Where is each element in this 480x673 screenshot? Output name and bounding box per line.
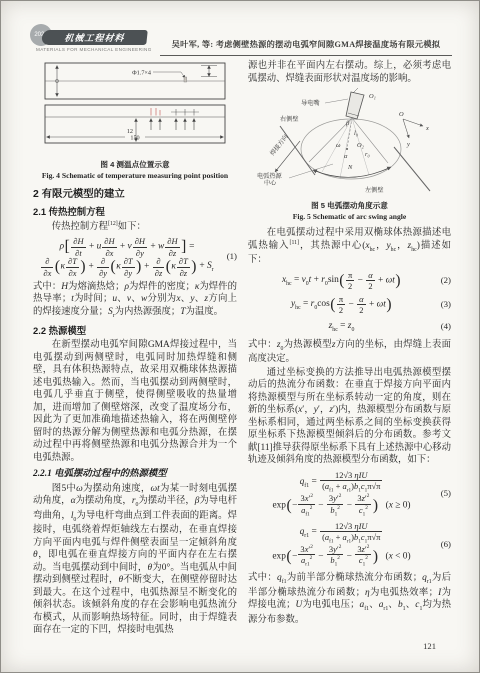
journal-page: 2024 机械工程材料 MATERIALS FOR MECHANICAL ENG…: [0, 0, 480, 673]
fig5-alpha-label: α: [344, 153, 348, 160]
eq1-note-text: 式中：H为熔滴热焓；ρ为焊件的密度；κ为焊件的热导率；t为时间；u、v、w分别为…: [33, 281, 237, 321]
equation-2: (2) xhc = v0t + r0sin(π2 − α2 + ωt): [248, 271, 451, 291]
equation-5-number: (5): [441, 488, 451, 500]
journal-name-en: MATERIALS FOR MECHANICAL ENGINEERING: [36, 47, 152, 52]
equation-2-number: (2): [441, 275, 451, 287]
fig4-length-label: 150: [130, 135, 139, 142]
fig5-l0-label: l₀: [354, 130, 358, 137]
fig4-caption-cn: 图 4 测温点位置示意: [33, 160, 237, 170]
right-column: 源也并非在平面内左右摆动。综上，必须考虑电弧摆动、焊缝表面形状对温度场的影响。 …: [248, 60, 451, 638]
eq56-note-text: 式中：qf1为前半部分椭球热流分布函数；qr1为后半部分椭球热流分布函数；η为电…: [248, 572, 451, 626]
figure-5: O₁ 导电嘴 右侧壁 左侧壁 焊接: [248, 86, 451, 222]
equation-1-number: (1): [227, 251, 237, 263]
fig5-omega-label: ω: [336, 142, 341, 149]
fig5-y-axis-label: y: [406, 141, 410, 148]
figure-4: Φ1.7×4: [33, 60, 237, 181]
fig5-right-wall-label: 右侧壁: [280, 115, 299, 123]
running-head-rule: 吴叶军, 等: 考虑侧壁热源的摆动电弧窄间隙GMA焊接温度场有限元模拟: [160, 34, 452, 56]
fig5-arc-center-label-2: 中心: [264, 179, 277, 187]
equation-5: (5) qf1 = 12√3 ηIU(af1 + ar1)b1c1π√πexp(…: [248, 471, 451, 518]
fig5-weld-direction-label: 焊接方向: [268, 133, 290, 157]
section-2-2-1-heading: 2.2.1 电弧摆动过程中的热源模型: [33, 468, 237, 481]
section-2-1-heading: 2.1 传热控制方程: [33, 206, 237, 219]
fig5-o2-label: O₂: [357, 142, 365, 149]
content-columns: Φ1.7×4: [33, 60, 451, 638]
section-2-2-paragraph: 在新型摆动电弧窄间隙GMA焊接过程中，当电弧摆动到两侧壁时，电弧同时加热焊缝和侧…: [33, 339, 237, 464]
equation-1: (1) ρ[∂H∂t + u∂H∂x + v∂H∂y + w∂H∂z] =∂∂x…: [33, 237, 237, 277]
equation-6-number: (6): [441, 539, 451, 551]
fig5-left-wall-label: 左侧壁: [365, 186, 384, 194]
continuation-paragraph: 源也并非在平面内左右摆动。综上，必须考虑电弧摆动、焊缝表面形状对温度场的影响。: [248, 60, 451, 85]
fig5-n-label: N: [347, 164, 353, 171]
section-2-2-1-paragraph: 图5中ω为摆动角速度，ωt为某一时刻电弧摆动角度，α为摆动角度，r0为摆动半径，…: [33, 483, 237, 637]
section-2-2-heading: 2.2 热源模型: [33, 325, 237, 338]
fig5-contact-tip-label: 导电嘴: [301, 99, 320, 107]
page-number: 121: [423, 641, 436, 651]
page-header: 2024 机械工程材料 MATERIALS FOR MECHANICAL ENG…: [30, 26, 452, 60]
running-title: 吴叶军, 等: 考虑侧壁热源的摆动电弧窄间隙GMA焊接温度场有限元模拟: [172, 40, 441, 49]
journal-name-cn: 机械工程材料: [64, 31, 125, 44]
section-2-heading: 2 有限元模型的建立: [33, 188, 237, 202]
fig4-hole-dim-label: Φ1.7×4: [132, 70, 151, 77]
left-column: Φ1.7×4: [33, 60, 237, 638]
fig5-x-axis-label: x: [425, 125, 429, 132]
journal-name-banner: 机械工程材料: [41, 30, 148, 45]
eq1-intro-text: 传热控制方程[12]如下：: [33, 221, 237, 234]
fig5-r0-label: r₀: [365, 151, 370, 158]
eq4-note-text: 式中：z0为热源模型z方向的坐标，由焊缝上表面高度决定。: [248, 339, 451, 366]
fig5-drawing: O₁ 导电嘴 右侧壁 左侧壁 焊接: [251, 86, 449, 198]
fig4-drawing: Φ1.7×4: [33, 60, 237, 157]
transform-paragraph: 通过坐标变换的方法推导出电弧热源模型摆动后的热流分布函数：在垂直于焊接方向平面内…: [248, 367, 451, 467]
equation-3: (3) yhc = r0cos(π2 − α2 + ωt): [248, 295, 451, 315]
equation-3-number: (3): [441, 299, 451, 311]
fig5-arc-center-label-1: 电弧热源: [257, 172, 283, 180]
fig5-o1-label: O₁: [369, 93, 376, 100]
fig5-caption-cn: 图 5 电弧摆动角度示意: [248, 201, 451, 211]
equation-6: (6) qr1 = 12√3 ηIU(af1 + ar1)b1c1π√πexp(…: [248, 522, 451, 569]
fig4-caption-en: Fig. 4 Schematic of temperature measurin…: [33, 171, 237, 181]
equation-4: (4) zhc = z0: [248, 319, 451, 335]
equation-4-number: (4): [441, 321, 451, 333]
fig5-origin-label: O: [399, 111, 404, 118]
fig5-caption-en: Fig. 5 Schematic of arc swing angle: [248, 212, 451, 222]
eqs-intro-paragraph: 在电弧摆动过程中采用双椭球体热源描述电弧热输入[11]，其热源中心(xhc，yh…: [248, 227, 451, 267]
